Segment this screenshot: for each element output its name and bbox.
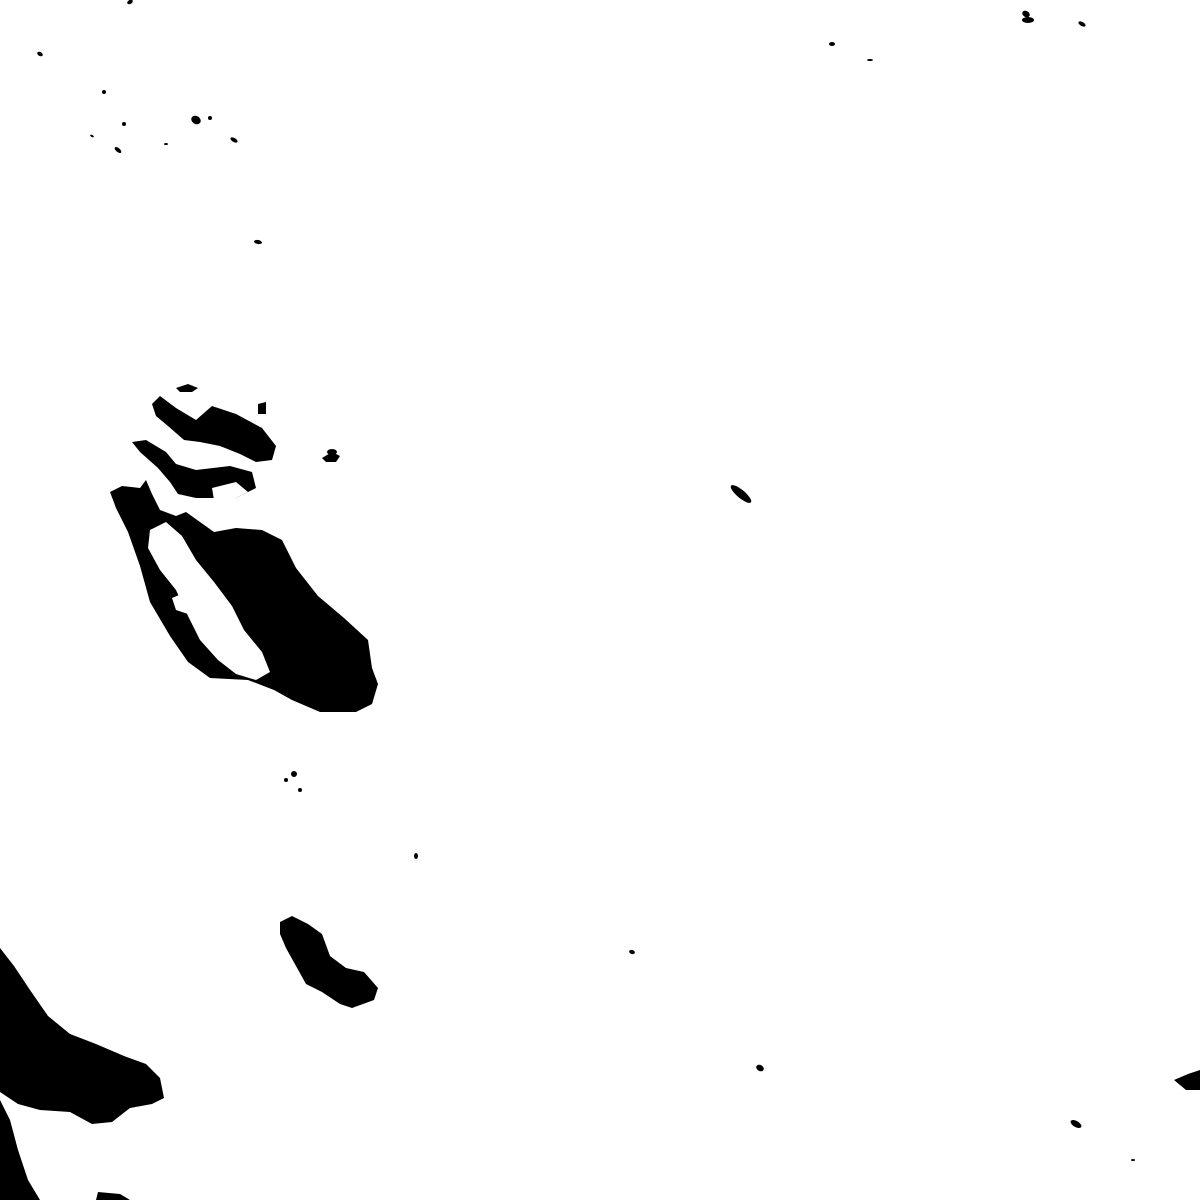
- speck: [102, 90, 106, 94]
- speck: [284, 778, 288, 782]
- speck: [1131, 1159, 1135, 1161]
- speck: [867, 59, 873, 61]
- speck: [291, 771, 297, 777]
- speck: [414, 853, 418, 859]
- speck: [829, 42, 835, 46]
- speck: [208, 116, 212, 120]
- mask-canvas: [0, 0, 1200, 1200]
- segmentation-mask: [0, 0, 1200, 1200]
- speck: [1022, 17, 1034, 23]
- speck: [122, 122, 126, 126]
- speck: [298, 788, 302, 792]
- speck: [327, 449, 337, 455]
- speck: [164, 143, 168, 145]
- islet-north: [258, 402, 266, 414]
